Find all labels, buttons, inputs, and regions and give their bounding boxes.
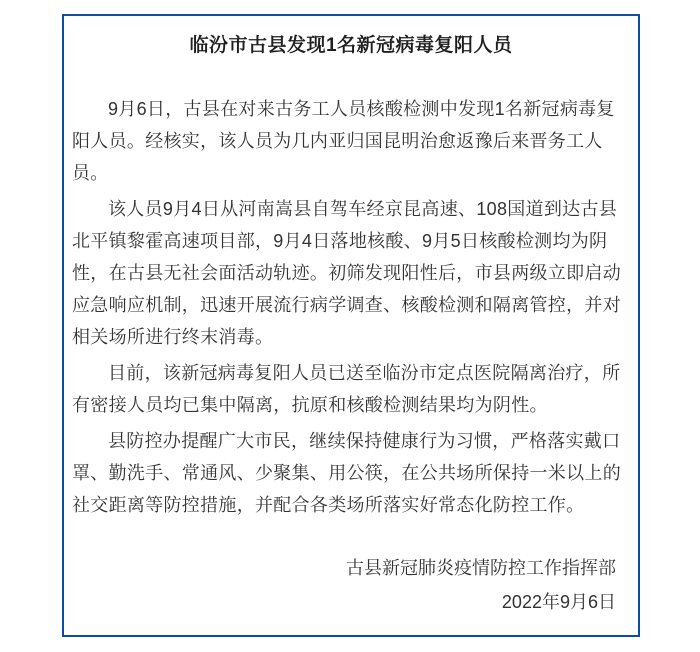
notice-title: 临汾市古县发现1名新冠病毒复阳人员 (72, 32, 630, 60)
notice-paragraph-2: 该人员9月4日从河南嵩县自驾车经京昆高速、108国道到达古县北平镇黎霍高速项目部… (72, 193, 630, 353)
notice-paragraph-1: 9月6日，古县在对来古务工人员核酸检测中发现1名新冠病毒复阳人员。经核实，该人员… (72, 93, 630, 189)
page: { "notice": { "border_color": "#0d4c9e",… (0, 0, 700, 652)
notice-card: 临汾市古县发现1名新冠病毒复阳人员 9月6日，古县在对来古务工人员核酸检测中发现… (62, 14, 640, 637)
issue-date: 2022年9月6日 (72, 585, 616, 619)
issuer-name: 古县新冠肺炎疫情防控工作指挥部 (72, 551, 616, 585)
notice-body: 9月6日，古县在对来古务工人员核酸检测中发现1名新冠病毒复阳人员。经核实，该人员… (72, 93, 630, 619)
signature-block: 古县新冠肺炎疫情防控工作指挥部 2022年9月6日 (72, 551, 630, 619)
notice-paragraph-3: 目前，该新冠病毒复阳人员已送至临汾市定点医院隔离治疗，所有密接人员均已集中隔离，… (72, 357, 630, 421)
notice-paragraph-4: 县防控办提醒广大市民，继续保持健康行为习惯，严格落实戴口罩、勤洗手、常通风、少聚… (72, 425, 630, 521)
